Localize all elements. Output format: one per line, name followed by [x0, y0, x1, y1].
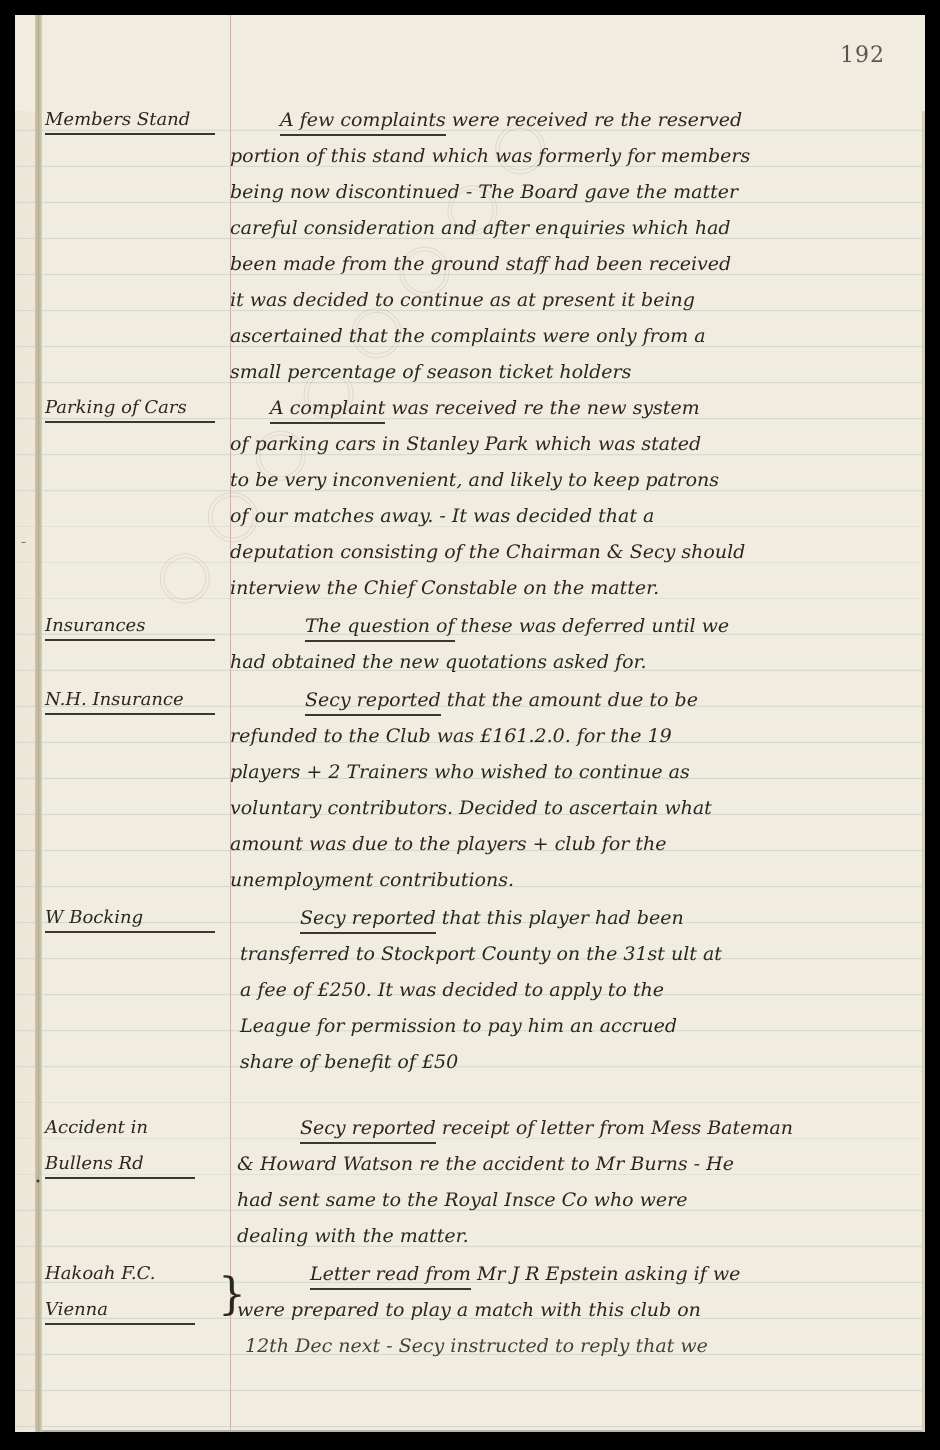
entry-line: were prepared to play a match with this …	[237, 1301, 701, 1320]
entry-line: of parking cars in Stanley Park which wa…	[230, 435, 701, 454]
entry-line: been made from the ground staff had been…	[230, 255, 731, 274]
heading-parking-of-cars: Parking of Cars	[45, 399, 215, 423]
entry-line: players + 2 Trainers who wished to conti…	[230, 763, 690, 782]
entry-line: to be very inconvenient, and likely to k…	[230, 471, 719, 490]
entry-line: it was decided to continue as at present…	[230, 291, 695, 310]
entry-line: Secy reported that this player had been	[300, 909, 684, 928]
entry-line: deputation consisting of the Chairman & …	[230, 543, 745, 562]
entry-line: 12th Dec next - Secy instructed to reply…	[245, 1337, 708, 1356]
entry-line: dealing with the matter.	[237, 1227, 469, 1246]
entry-line: Letter read from Mr J R Epstein asking i…	[310, 1265, 740, 1284]
entry-line: Secy reported that the amount due to be	[305, 691, 698, 710]
heading-accident-line-2: Bullens Rd	[45, 1155, 195, 1179]
entry-line: a fee of £250. It was decided to apply t…	[240, 981, 664, 1000]
entry-line: amount was due to the players + club for…	[230, 835, 667, 854]
heading-w-bocking: W Bocking	[45, 909, 215, 933]
binding-strip	[35, 15, 42, 1432]
header-space	[15, 15, 925, 111]
minute-book-page: ○○○○○○○○ 192 Members Stand A few complai…	[15, 15, 925, 1432]
entry-line: voluntary contributors. Decided to ascer…	[230, 799, 712, 818]
heading-hakoah-line-2: Vienna	[45, 1301, 195, 1325]
entry-line: ascertained that the complaints were onl…	[230, 327, 706, 346]
entry-line: being now discontinued - The Board gave …	[230, 183, 738, 202]
entry-line: portion of this stand which was formerly…	[230, 147, 750, 166]
entry-line: A few complaints were received re the re…	[280, 111, 742, 130]
heading-insurances: Insurances	[45, 617, 215, 641]
entry-line: transferred to Stockport County on the 3…	[240, 945, 722, 964]
entry-line: interview the Chief Constable on the mat…	[230, 579, 659, 598]
entry-line: Secy reported receipt of letter from Mes…	[300, 1119, 793, 1138]
entry-line: unemployment contributions.	[230, 871, 514, 890]
entry-line: of our matches away. - It was decided th…	[230, 507, 654, 526]
entry-line: had sent same to the Royal Insce Co who …	[237, 1191, 688, 1210]
entry-line: A complaint was received re the new syst…	[270, 399, 700, 418]
entry-line: careful consideration and after enquirie…	[230, 219, 731, 238]
entry-line: & Howard Watson re the accident to Mr Bu…	[237, 1155, 734, 1174]
entry-line: refunded to the Club was £161.2.0. for t…	[230, 727, 672, 746]
heading-nh-insurance: N.H. Insurance	[45, 691, 215, 715]
entry-line: League for permission to pay him an accr…	[240, 1017, 677, 1036]
heading-hakoah-line-1: Hakoah F.C.	[45, 1265, 155, 1283]
margin-dot-mark: •	[35, 1177, 41, 1188]
entry-line: had obtained the new quotations asked fo…	[230, 653, 647, 672]
page-number: 192	[840, 43, 885, 68]
entry-line: share of benefit of £50	[240, 1053, 458, 1072]
entry-line: The question of these was deferred until…	[305, 617, 729, 636]
heading-members-stand: Members Stand	[45, 111, 215, 135]
entry-line: small percentage of season ticket holder…	[230, 363, 631, 382]
heading-accident-line-1: Accident in	[45, 1119, 148, 1137]
margin-tick-mark: –	[21, 537, 26, 548]
